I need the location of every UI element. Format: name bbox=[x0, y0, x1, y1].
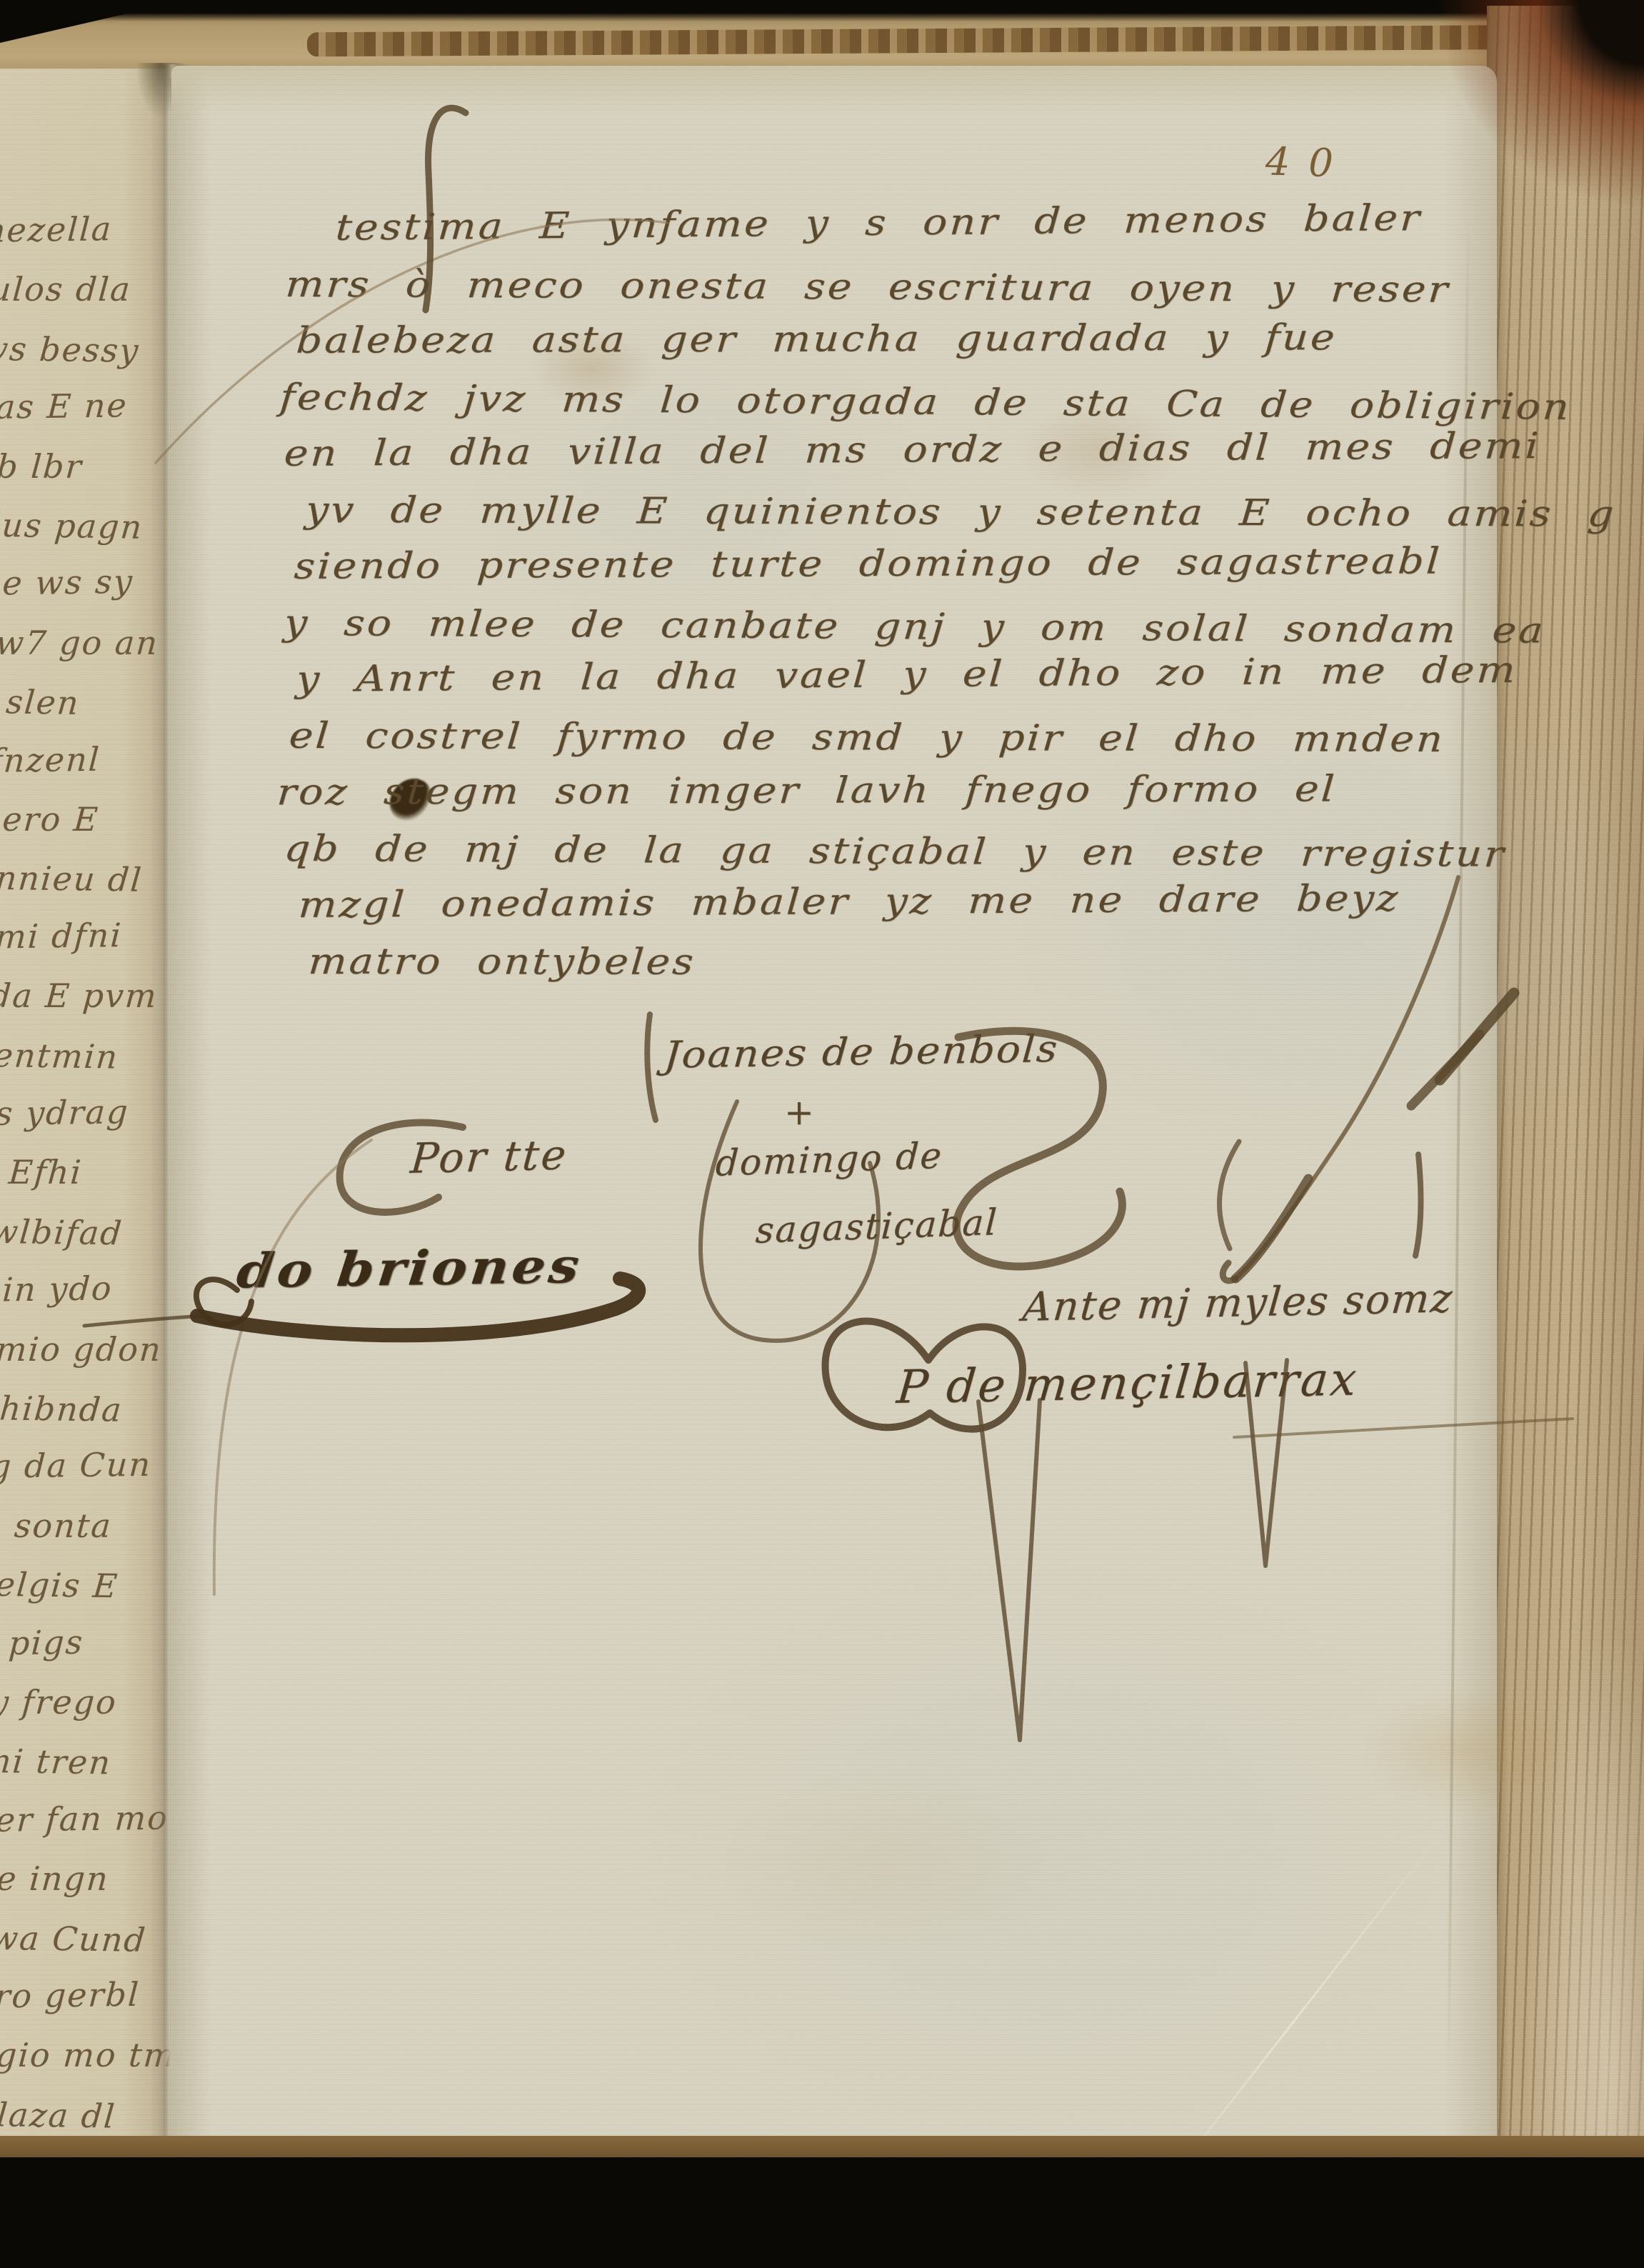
verso-line-fragment: s ydrag bbox=[0, 1092, 130, 1133]
manuscript-line: en la dha villa del ms ordz e dias dl me… bbox=[283, 425, 1542, 474]
verso-line-fragment: wa Cund bbox=[0, 1919, 148, 1959]
verso-line-fragment: n Efhi bbox=[0, 1153, 84, 1192]
witness-cross-mark: + bbox=[784, 1091, 814, 1133]
signature-por-testigo-label: Por tte bbox=[409, 1130, 570, 1183]
verso-line-fragment: nlaza dl bbox=[0, 2095, 117, 2136]
signature-domingo-line2: sagastiçabal bbox=[754, 1202, 999, 1252]
verso-line-fragment: de ingn bbox=[0, 1859, 111, 1898]
verso-line-fragment: y slen bbox=[0, 682, 81, 722]
verso-line-fragment: fnzenl bbox=[0, 739, 101, 779]
verso-line-fragment: mezella bbox=[0, 209, 114, 250]
verso-line-fragment: fihibnda bbox=[0, 1389, 124, 1429]
manuscript-line: matro ontybeles bbox=[307, 941, 697, 983]
verso-line-fragment: y frego bbox=[0, 1683, 119, 1722]
verso-line-fragment: lus pagn bbox=[0, 506, 145, 546]
signature-bottom-left: do briones bbox=[234, 1237, 585, 1298]
verso-line-fragment: nero E bbox=[0, 800, 101, 839]
manuscript-line: mrs ò meco onesta se escritura oyen y re… bbox=[284, 264, 1452, 311]
verso-line-fragment: mi tren bbox=[0, 1742, 113, 1782]
verso-line-fragment: er fan mon bbox=[0, 1798, 170, 1839]
paper-tint bbox=[600, 1530, 1493, 2173]
previous-page-strip: mezellaulos dlaws bessyas E negb lbrlus … bbox=[0, 69, 170, 2244]
verso-line-fragment: emi dfni bbox=[0, 916, 124, 956]
verso-line-fragment: g sonta bbox=[0, 1507, 114, 1545]
verso-line-fragment: as E ne bbox=[0, 386, 129, 427]
signature-notary-ante-mi: Ante mj myles somz bbox=[1021, 1275, 1455, 1331]
verso-line-fragment: da E pvm bbox=[0, 976, 159, 1015]
manuscript-line: yv de mylle E quinientos y setenta E och… bbox=[304, 489, 1618, 535]
verso-line-fragment: nnieu dl bbox=[0, 859, 144, 899]
verso-line-fragment: wlbifad bbox=[0, 1212, 124, 1253]
fore-edge-highlight bbox=[1528, 1643, 1644, 2186]
manuscript-line: mzgl onedamis mbaler yz me ne dare beyz bbox=[297, 877, 1401, 926]
verso-line-fragment: gin ydo bbox=[0, 1269, 114, 1310]
verso-line-fragment: g da Cun bbox=[0, 1445, 153, 1486]
verso-line-fragment: w7 go an bbox=[0, 624, 160, 662]
book-photo: mezellaulos dlaws bessyas E negb lbrlus … bbox=[0, 0, 1644, 2268]
verso-line-fragment: ne ws sy bbox=[0, 562, 134, 603]
manuscript-line: siendo presente turte domingo de sagastr… bbox=[293, 541, 1443, 587]
verso-line-fragment: tro gerbl bbox=[0, 1975, 141, 2016]
verso-line-fragment: fentmin bbox=[0, 1036, 120, 1076]
burnt-corner bbox=[1428, 0, 1644, 214]
signature-notary-name: P de mençilbarrax bbox=[895, 1354, 1360, 1414]
verso-line-fragment: d pigs bbox=[0, 1622, 85, 1662]
verso-line-fragment: ws bessy bbox=[0, 329, 141, 370]
background-top bbox=[0, 0, 1644, 21]
background-bottom bbox=[0, 2157, 1644, 2268]
manuscript-line: y so mlee de canbate gnj y om solal sond… bbox=[283, 602, 1547, 651]
signature-witness-joanes: Joanes de benbols bbox=[663, 1028, 1060, 1077]
folio-number: 40 bbox=[1265, 139, 1352, 186]
verso-line-fragment: gb lbr bbox=[0, 447, 84, 486]
manuscript-line: qb de mj de la ga stiçabal y en este rre… bbox=[283, 828, 1508, 875]
verso-line-fragment: ulos dla bbox=[0, 270, 133, 309]
verso-line-fragment: mio gdon bbox=[0, 1330, 164, 1369]
verso-line-fragment: gio mo tm bbox=[0, 2036, 170, 2074]
signature-domingo-line1: domingo de bbox=[714, 1135, 943, 1184]
manuscript-line: balebeza asta ger mucha guardada y fue bbox=[295, 317, 1338, 361]
verso-line-fragment: elgis E bbox=[0, 1565, 120, 1605]
manuscript-line: roz stegm son imger lavh fnego formo el bbox=[276, 768, 1338, 813]
manuscript-line: el costrel fyrmo de smd y pir el dho mnd… bbox=[288, 715, 1446, 760]
